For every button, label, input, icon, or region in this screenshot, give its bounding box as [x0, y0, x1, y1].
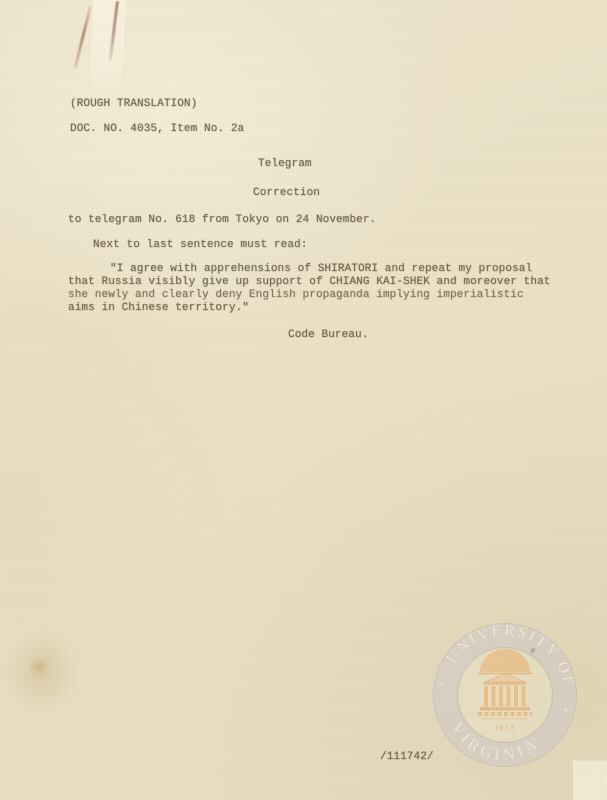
seal-year: 1819 — [495, 723, 516, 732]
seal-ring: UNIVERSITY OF VIRGINIA ✦ ✦ — [430, 620, 580, 770]
doc-quote-line: "I agree with apprehensions of SHIRATORI… — [110, 263, 532, 276]
page-reference-number: /111742/ — [380, 751, 434, 764]
doc-quote-line: that Russia visibly give up support of C… — [68, 276, 550, 289]
paperclip-rust-mark-left — [74, 6, 92, 69]
doc-subtitle: Correction — [253, 187, 320, 200]
doc-intro-line: to telegram No. 618 from Tokyo on 24 Nov… — [68, 214, 376, 227]
doc-header-note: (ROUGH TRANSLATION) — [70, 98, 197, 111]
doc-number-line: DOC. NO. 4035, Item No. 2a — [70, 123, 244, 136]
scanned-document-page: { "document": { "header_note": "(ROUGH T… — [0, 0, 607, 800]
paperclip-impression — [88, 0, 126, 91]
uva-seal-watermark: UNIVERSITY OF VIRGINIA ✦ ✦ 1819 — [430, 620, 580, 770]
doc-signature: Code Bureau. — [288, 329, 368, 342]
paper-stain-small — [28, 658, 50, 675]
doc-quote-line: she newly and clearly deny English propa… — [68, 289, 524, 302]
doc-title: Telegram — [258, 158, 312, 171]
doc-quote-line: aims in Chinese territory." — [68, 302, 249, 315]
doc-instruction-line: Next to last sentence must read: — [93, 239, 307, 252]
